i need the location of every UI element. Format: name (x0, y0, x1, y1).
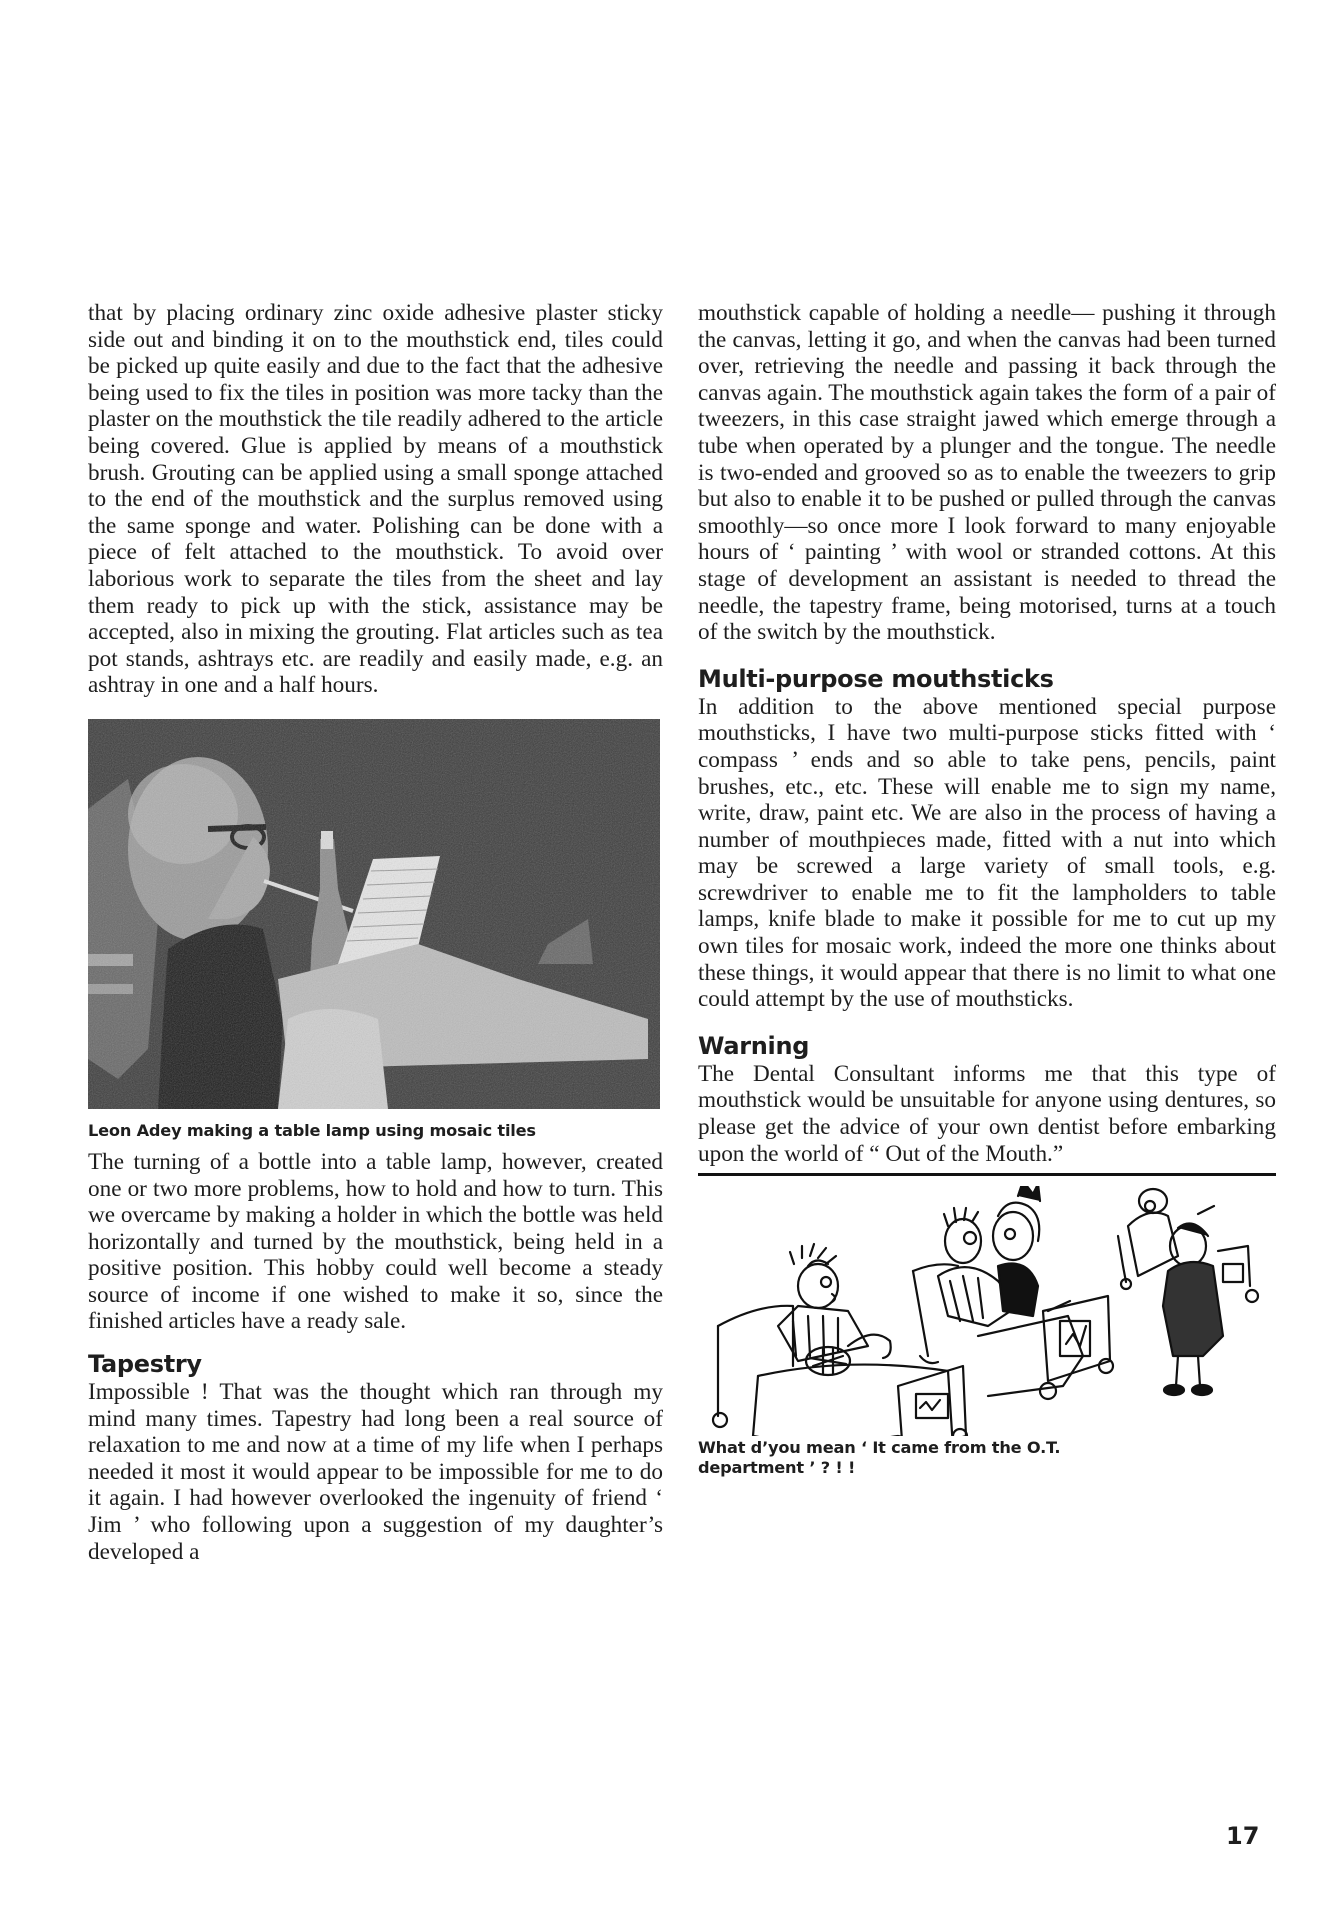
leon-adey-photo (88, 719, 660, 1109)
multipurpose-heading: Multi-purpose mouthsticks (698, 664, 1276, 694)
cartoon-drawing (698, 1186, 1273, 1436)
right-column: mouthstick capable of holding a needle— … (698, 300, 1276, 1478)
warning-paragraph: The Dental Consultant informs me that th… (698, 1061, 1276, 1167)
page-number: 17 (1226, 1822, 1259, 1850)
left-column: that by placing ordinary zinc oxide adhe… (88, 300, 663, 1565)
table-lamp-paragraph: The turning of a bottle into a table lam… (88, 1149, 663, 1335)
tapestry-continued-paragraph: mouthstick capable of holding a needle— … (698, 300, 1276, 646)
section-divider (698, 1173, 1276, 1176)
mosaic-paragraph: that by placing ordinary zinc oxide adhe… (88, 300, 663, 699)
tapestry-heading: Tapestry (88, 1349, 663, 1379)
warning-heading: Warning (698, 1031, 1276, 1061)
magazine-page: that by placing ordinary zinc oxide adhe… (0, 0, 1337, 1920)
ward-cartoon (698, 1186, 1273, 1436)
tapestry-paragraph: Impossible ! That was the thought which … (88, 1379, 663, 1565)
cartoon-caption: What d’you mean ‘ It came from the O.T. … (698, 1438, 1138, 1478)
multipurpose-paragraph: In addition to the above mentioned speci… (698, 694, 1276, 1013)
photo-caption: Leon Adey making a table lamp using mosa… (88, 1121, 663, 1141)
photo-image (88, 719, 660, 1109)
